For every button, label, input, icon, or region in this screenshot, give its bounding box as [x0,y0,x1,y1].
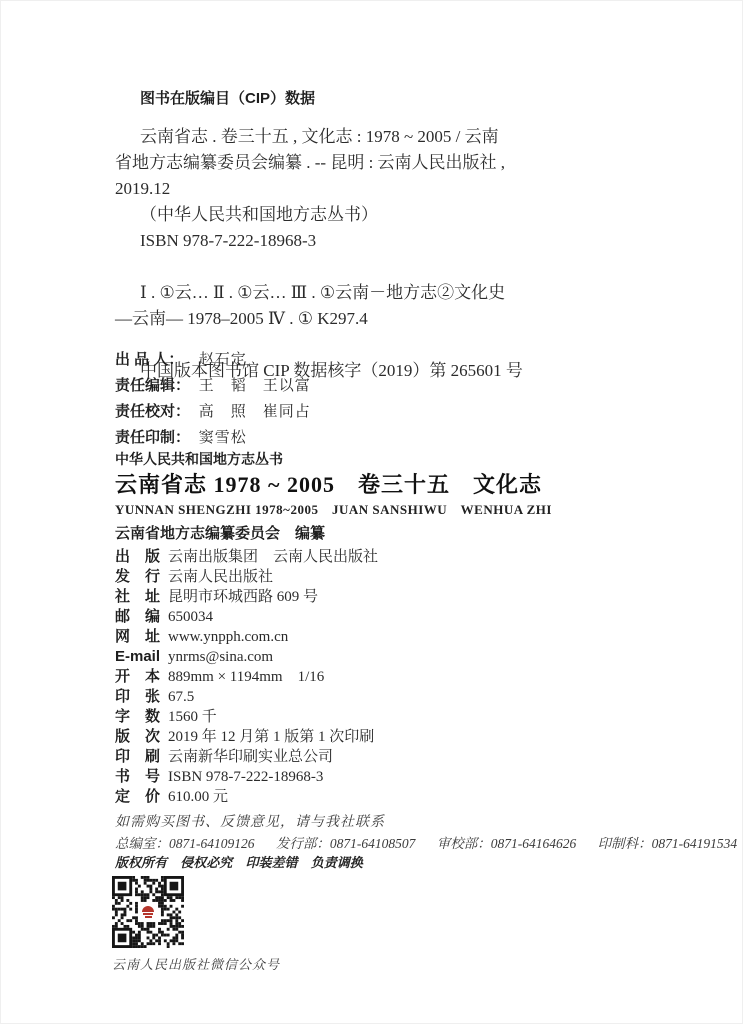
credit-value: 窦雪松 [199,430,247,446]
pub-label: 印 张 [115,687,168,707]
pub-value: 云南新华印刷实业总公司 [168,749,333,765]
rights-phrase: 负责调换 [311,855,363,870]
pub-label: 印 刷 [115,747,168,767]
logo-sun-shape [142,906,154,912]
credit-value: 赵石定 [199,352,247,368]
logo-bar [143,913,153,915]
pub-label: E-mail [115,647,168,667]
pub-value: 2019 年 12 月第 1 版第 1 次印刷 [168,729,374,745]
pub-value: 67.5 [168,689,194,705]
compiler-line: 云南省地方志编纂委员会 编纂 [115,524,635,544]
pub-label: 字 数 [115,707,168,727]
credits-block: 出 品 人： 赵石定 责任编辑： 王 韬 王以富 责任校对： 高 照 崔同占 责… [115,347,311,451]
pub-row: 印 刷云南新华印刷实业总公司 [115,747,378,767]
phone-dept: 发行部： [276,836,330,851]
cip-isbn-line: ISBN 978-7-222-18968-3 [115,228,570,254]
credit-row: 责任校对： 高 照 崔同占 [115,399,311,425]
wechat-qr-block: 云南人民出版社微信公众号 [112,876,280,973]
pub-value: 云南出版集团 云南人民出版社 [168,549,378,565]
phone-dept: 总编室： [115,836,169,851]
pub-label: 出 版 [115,547,168,567]
pub-row: 开 本889mm × 1194mm 1/16 [115,667,378,687]
cip-paragraph-line: 2019.12 [115,176,570,202]
logo-bar [145,916,152,918]
pub-row: E-mailynrms@sina.com [115,647,378,667]
pub-value: 云南人民出版社 [168,569,273,585]
pub-label: 书 号 [115,767,168,787]
book-title: 云南省志 1978 ~ 2005 卷三十五 文化志 [115,470,635,500]
qr-caption: 云南人民出版社微信公众号 [112,954,280,973]
credit-row: 责任编辑： 王 韬 王以富 [115,373,311,399]
qr-code [112,876,184,948]
credit-row: 责任印制： 窦雪松 [115,425,311,451]
pub-value: 650034 [168,609,213,625]
pub-label: 发 行 [115,567,168,587]
phone-item: 审校部：0871-64164626 [437,836,577,851]
pub-label: 网 址 [115,627,168,647]
pub-value: ISBN 978-7-222-18968-3 [168,769,323,785]
pub-value: www.ynpph.com.cn [168,629,288,645]
pub-row: 社 址昆明市环城西路 609 号 [115,587,378,607]
contact-note: 如需购买图书、反馈意见，请与我社联系 [115,811,385,831]
pub-value: ynrms@sina.com [168,649,273,665]
cip-heading: 图书在版编目（CIP）数据 [115,88,570,110]
phone-list: 总编室：0871-64109126 发行部：0871-64108507 审校部：… [115,832,743,852]
book-title-block: 中华人民共和国地方志丛书 云南省志 1978 ~ 2005 卷三十五 文化志 Y… [115,450,635,544]
credit-label: 出 品 人： [115,347,195,373]
book-title-pinyin: YUNNAN SHENGZHI 1978~2005 JUAN SANSHIWU … [115,502,635,518]
spacer [115,254,570,280]
series-name: 中华人民共和国地方志丛书 [115,450,635,468]
phone-number: 0871-64108507 [330,836,416,851]
pub-value: 889mm × 1194mm 1/16 [168,669,324,685]
publisher-logo-icon [138,902,158,922]
pub-value: 1560 千 [168,709,217,725]
rights-phrase: 印装差错 [246,855,298,870]
phone-number: 0871-64164626 [491,836,577,851]
pub-value: 昆明市环城西路 609 号 [168,589,318,605]
cip-paragraph-line: 省地方志编纂委员会编纂 . -- 昆明 : 云南人民出版社 , [115,150,570,176]
pub-row: 发 行云南人民出版社 [115,567,378,587]
publication-info-block: 出 版云南出版集团 云南人民出版社 发 行云南人民出版社 社 址昆明市环城西路 … [115,547,378,807]
pub-value: 610.00 元 [168,789,228,805]
pub-row: 书 号ISBN 978-7-222-18968-3 [115,767,378,787]
rights-statement: 版权所有 侵权必究 印装差错 负责调换 [115,852,373,871]
credit-value: 高 照 崔同占 [199,404,311,420]
phone-number: 0871-64109126 [169,836,255,851]
phone-dept: 印制科： [598,836,652,851]
pub-label: 邮 编 [115,607,168,627]
copyright-page: 图书在版编目（CIP）数据 云南省志 . 卷三十五 , 文化志 : 1978 ~… [0,0,743,1024]
pub-label: 版 次 [115,727,168,747]
pub-row: 定 价610.00 元 [115,787,378,807]
credit-label: 责任校对： [115,399,195,425]
pub-row: 版 次2019 年 12 月第 1 版第 1 次印刷 [115,727,378,747]
pub-row: 邮 编650034 [115,607,378,627]
cip-classification-line: Ⅰ . ①云… Ⅱ . ①云… Ⅲ . ①云南－地方志②文化史 [115,280,570,306]
phone-item: 印制科：0871-64191534 [598,836,738,851]
credit-label: 责任编辑： [115,373,195,399]
credit-label: 责任印制： [115,425,195,451]
phone-item: 发行部：0871-64108507 [276,836,416,851]
pub-label: 定 价 [115,787,168,807]
pub-label: 社 址 [115,587,168,607]
phone-item: 总编室：0871-64109126 [115,836,255,851]
pub-row: 字 数1560 千 [115,707,378,727]
cip-paragraph-line: 云南省志 . 卷三十五 , 文化志 : 1978 ~ 2005 / 云南 [115,124,570,150]
pub-label: 开 本 [115,667,168,687]
credit-value: 王 韬 王以富 [199,378,311,394]
cip-block: 图书在版编目（CIP）数据 云南省志 . 卷三十五 , 文化志 : 1978 ~… [115,88,570,384]
credit-row: 出 品 人： 赵石定 [115,347,311,373]
phone-dept: 审校部： [437,836,491,851]
rights-phrase: 侵权必究 [180,855,232,870]
pub-row: 印 张67.5 [115,687,378,707]
pub-row: 网 址www.ynpph.com.cn [115,627,378,647]
pub-row: 出 版云南出版集团 云南人民出版社 [115,547,378,567]
cip-classification-line: —云南— 1978–2005 Ⅳ . ① K297.4 [115,306,570,332]
cip-series-line: （中华人民共和国地方志丛书） [115,202,570,228]
phone-number: 0871-64191534 [652,836,738,851]
rights-phrase: 版权所有 [115,855,167,870]
